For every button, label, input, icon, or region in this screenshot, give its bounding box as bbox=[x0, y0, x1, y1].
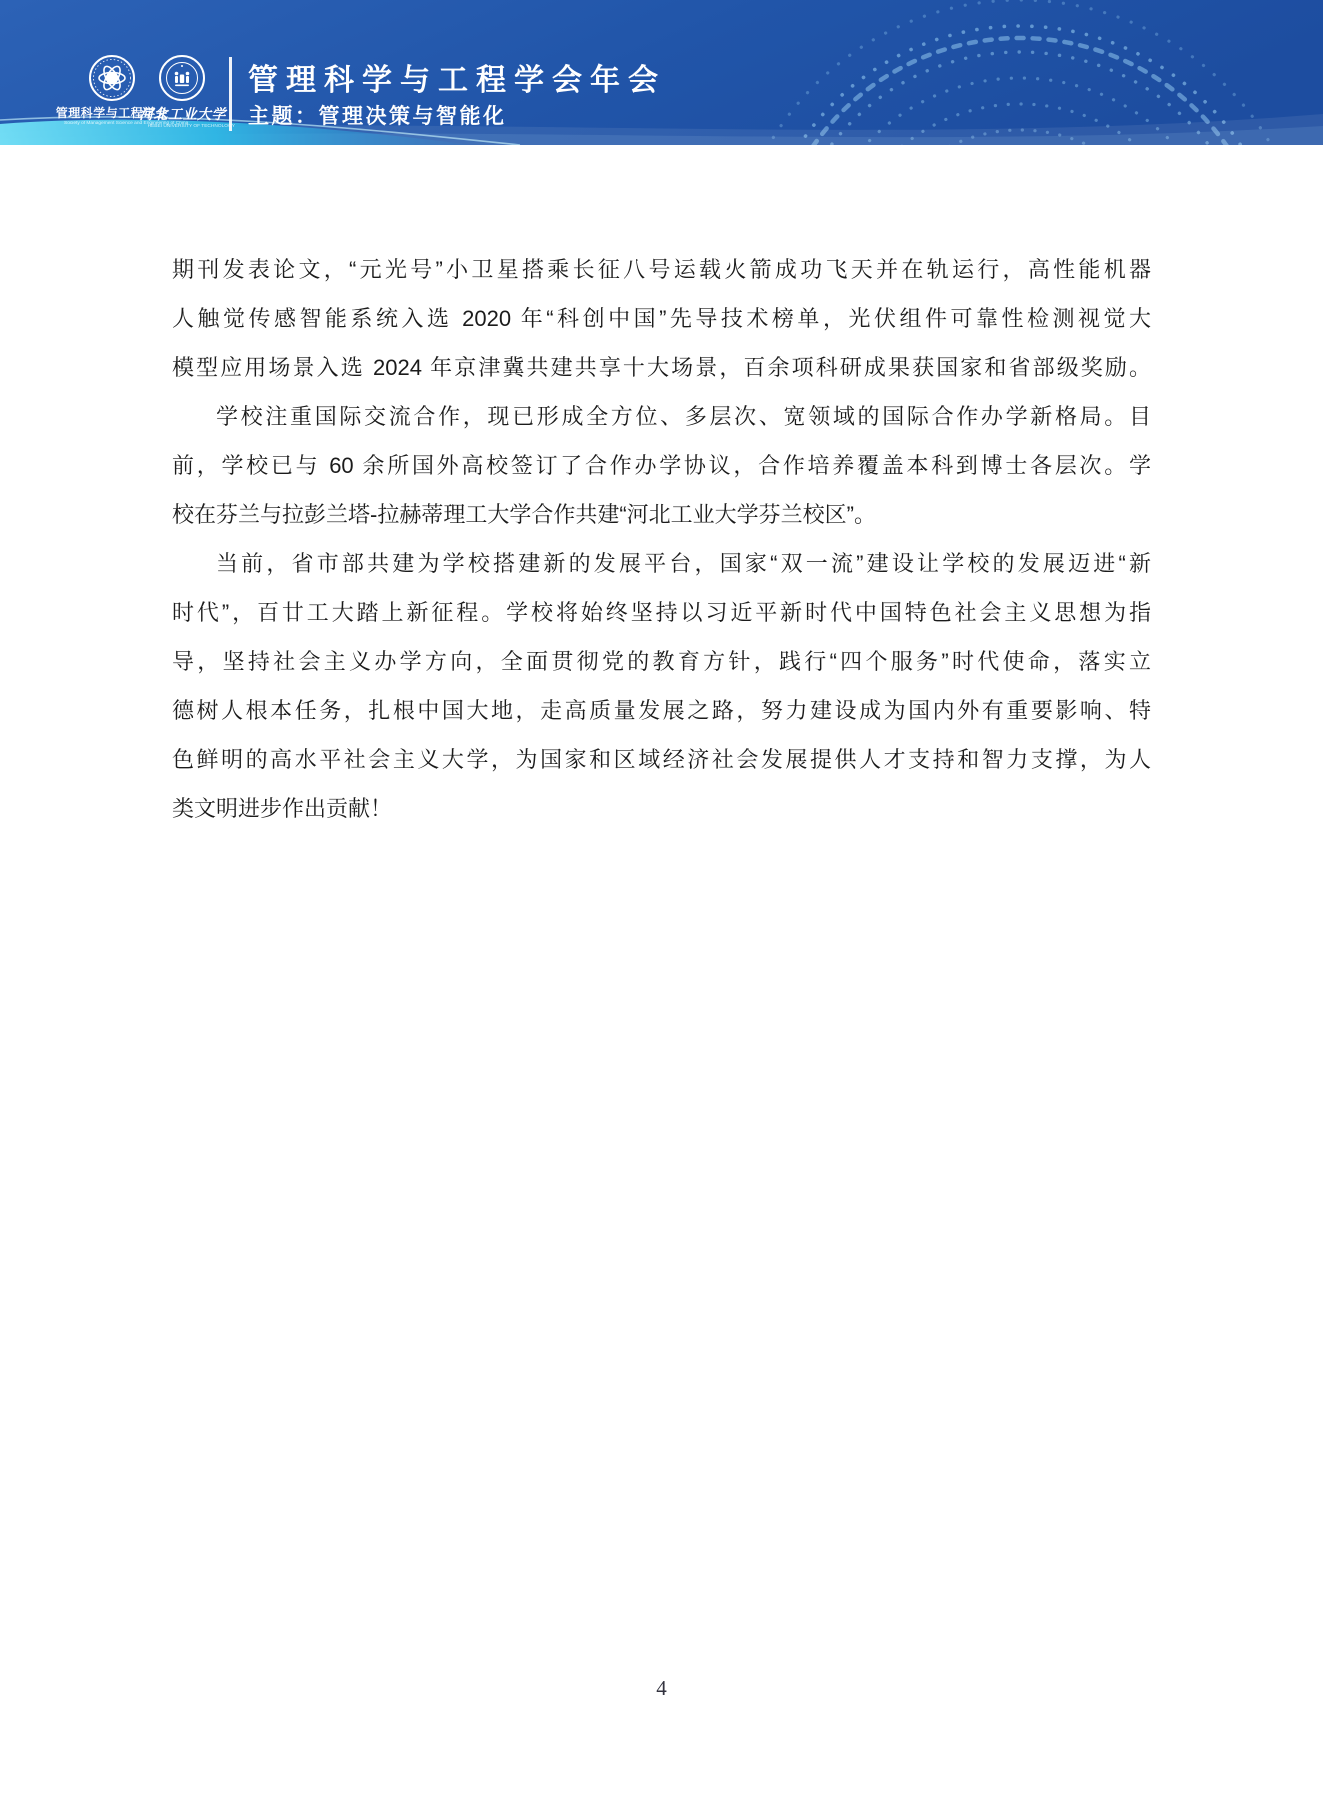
body-text-line: 人触觉传感智能系统入选 2020 年“科创中国”先导技术榜单，光伏组件可靠性检测… bbox=[172, 294, 1151, 343]
document-page: 管理科学与工程学会 Society of Management Science … bbox=[0, 0, 1323, 1795]
body-text-line: 时代”，百廿工大踏上新征程。学校将始终坚持以习近平新时代中国特色社会主义思想为指 bbox=[172, 588, 1151, 637]
society-atom-icon bbox=[88, 54, 136, 102]
conference-banner: 管理科学与工程学会 Society of Management Science … bbox=[0, 0, 1323, 145]
body-text-line: 色鲜明的高水平社会主义大学，为国家和区域经济社会发展提供人才支持和智力支撑，为人 bbox=[172, 735, 1151, 784]
body-text-line: 前，学校已与 60 余所国外高校签订了合作办学协议，合作培养覆盖本科到博士各层次… bbox=[172, 441, 1151, 490]
body-text-line: 导，坚持社会主义办学方向，全面贯彻党的教育方针，践行“四个服务”时代使命，落实立 bbox=[172, 637, 1151, 686]
body-text-line: 期刊发表论文，“元光号”小卫星搭乘长征八号运载火箭成功飞天并在轨运行，高性能机器 bbox=[172, 245, 1151, 294]
banner-title: 管理科学与工程学会年会 bbox=[248, 55, 666, 99]
university-seal-icon bbox=[158, 54, 206, 102]
banner-subtitle: 主题：管理决策与智能化 bbox=[248, 100, 507, 130]
body-text-line: 类文明进步作出贡献！ bbox=[172, 784, 1151, 833]
page-number: 4 bbox=[0, 1676, 1323, 1701]
body-text-line: 学校注重国际交流合作，现已形成全方位、多层次、宽领域的国际合作办学新格局。目 bbox=[172, 392, 1151, 441]
document-body: 期刊发表论文，“元光号”小卫星搭乘长征八号运载火箭成功飞天并在轨运行，高性能机器… bbox=[172, 245, 1151, 833]
university-logo: 河北工业大学 HEBEI UNIVERSITY OF TECHNOLOGY bbox=[139, 54, 225, 130]
university-logo-subtitle: HEBEI UNIVERSITY OF TECHNOLOGY bbox=[148, 124, 217, 129]
university-logo-name: 河北工业大学 bbox=[139, 104, 225, 124]
banner-divider bbox=[229, 57, 232, 131]
body-text-line: 德树人根本任务，扎根中国大地，走高质量发展之路，努力建设成为国内外有重要影响、特 bbox=[172, 686, 1151, 735]
body-text-line: 校在芬兰与拉彭兰塔-拉赫蒂理工大学合作共建“河北工业大学芬兰校区”。 bbox=[172, 490, 1151, 539]
body-text-line: 模型应用场景入选 2024 年京津冀共建共享十大场景，百余项科研成果获国家和省部… bbox=[172, 343, 1151, 392]
body-text-line: 当前，省市部共建为学校搭建新的发展平台，国家“双一流”建设让学校的发展迈进“新 bbox=[172, 539, 1151, 588]
